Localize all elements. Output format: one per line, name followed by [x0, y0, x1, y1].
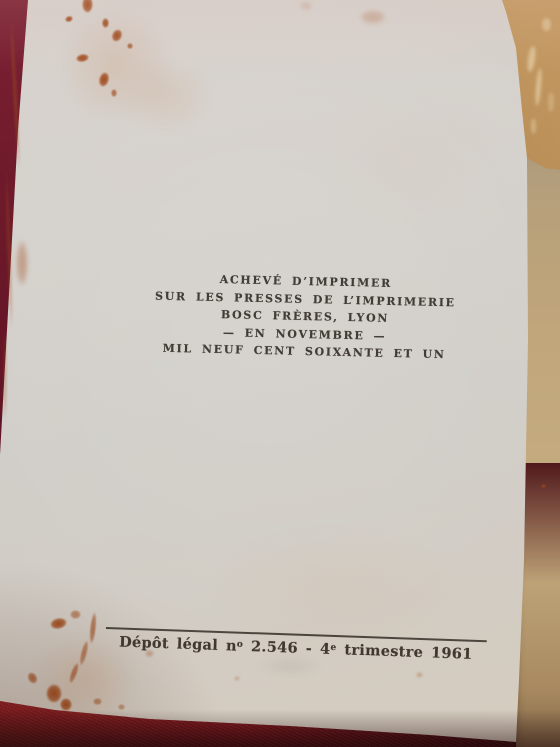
- glue-gloss: [531, 118, 536, 134]
- stain-blob: [111, 89, 117, 97]
- book-colophon-photo: ACHEVÉ D’IMPRIMER SUR LES PRESSES DE L’I…: [0, 0, 560, 747]
- stain-blob: [300, 2, 312, 10]
- stain-blob: [360, 10, 386, 24]
- stain-blob: [102, 18, 109, 28]
- smudge: [255, 655, 325, 677]
- stain-blob: [127, 43, 133, 49]
- stain-speck: [416, 672, 423, 678]
- stain-blob: [118, 704, 125, 710]
- stain-blob: [46, 684, 62, 703]
- stain-speck: [541, 484, 546, 488]
- edge-stain: [3, 330, 7, 420]
- stain-blob: [60, 698, 72, 711]
- stain-wash: [118, 58, 213, 133]
- stain-speck: [234, 676, 240, 681]
- glue-gloss: [542, 18, 551, 31]
- stain-blob: [93, 698, 102, 705]
- glue-gloss: [548, 92, 554, 112]
- paper-discoloration: [300, 80, 520, 240]
- imprint-text: 2.546 - 4: [243, 638, 331, 658]
- stain-blob: [70, 610, 81, 619]
- edge-stain: [16, 240, 28, 286]
- colophon-text-block: ACHEVÉ D’IMPRIMER SUR LES PRESSES DE L’I…: [151, 270, 459, 364]
